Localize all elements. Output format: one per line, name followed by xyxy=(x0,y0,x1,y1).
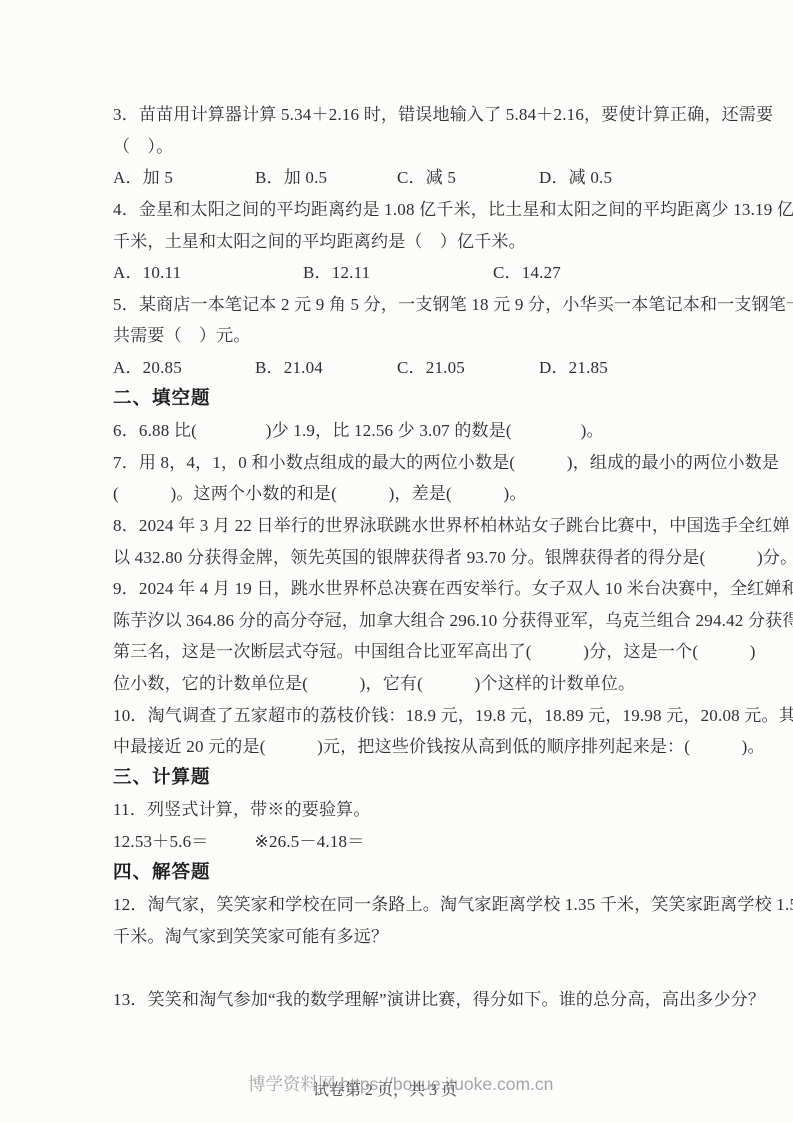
question-text-line: （ ）。 xyxy=(113,129,688,161)
equation-item: ※26.5－4.18＝ xyxy=(255,827,365,852)
exam-page: 3．苗苗用计算器计算 5.34＋2.16 时，错误地输入了 5.84＋2.16，… xyxy=(0,0,793,1122)
question-text-line: 11．列竖式计算，带※的要验算。 xyxy=(113,792,688,824)
blank-line xyxy=(113,950,688,982)
equation-item: 12.53＋5.6＝ xyxy=(113,827,209,852)
answer-option: C．21.05 xyxy=(397,353,539,378)
answer-option: C．减 5 xyxy=(397,163,539,188)
answer-option: A．10.11 xyxy=(113,258,303,283)
question-text-line: ( )。这两个小数的和是( )，差是( )。 xyxy=(113,476,688,508)
question-text-line: 千米，土星和太阳之间的平均距离约是（ ）亿千米。 xyxy=(113,223,688,255)
question-text-line: 10．淘气调查了五家超市的荔枝价钱：18.9 元，19.8 元，18.89 元，… xyxy=(113,697,688,729)
answer-option: B．加 0.5 xyxy=(255,163,397,188)
question-text-line: 5．某商店一本笔记本 2 元 9 角 5 分，一支钢笔 18 元 9 分，小华买… xyxy=(113,287,688,319)
answer-options-row: A．10.11B．12.11C．14.27 xyxy=(113,255,688,287)
document-content: 3．苗苗用计算器计算 5.34＋2.16 时，错误地输入了 5.84＋2.16，… xyxy=(113,97,688,1013)
question-text-line: 6．6.88 比( )少 1.9，比 12.56 少 3.07 的数是( )。 xyxy=(113,413,688,445)
question-text-line: 7．用 8，4，1，0 和小数点组成的最大的两位小数是( )，组成的最小的两位小… xyxy=(113,445,688,477)
question-text-line: 4．金星和太阳之间的平均距离约是 1.08 亿千米，比土星和太阳之间的平均距离少… xyxy=(113,192,688,224)
question-text-line: 8．2024 年 3 月 22 日举行的世界泳联跳水世界杯柏林站女子跳台比赛中，… xyxy=(113,508,688,540)
answer-option: B．21.04 xyxy=(255,353,397,378)
answer-option: D．21.85 xyxy=(539,353,681,378)
question-text-line: 位小数，它的计数单位是( )，它有( )个这样的计数单位。 xyxy=(113,666,688,698)
section-heading: 二、填空题 xyxy=(113,381,688,413)
page-number-footer: 试卷第 2 页，共 3 页 xyxy=(313,1077,457,1100)
answer-options-row: A．20.85B．21.04C．21.05D．21.85 xyxy=(113,350,688,382)
section-heading: 三、计算题 xyxy=(113,760,688,792)
question-text-line: 中最接近 20 元的是( )元，把这些价钱按从高到低的顺序排列起来是：( )。 xyxy=(113,729,688,761)
answer-option: A．加 5 xyxy=(113,163,255,188)
question-text-line: 第三名，这是一次断层式夺冠。中国组合比亚军高出了( )分，这是一个( ) xyxy=(113,634,688,666)
answer-option: B．12.11 xyxy=(303,258,493,283)
equations-row: 12.53＋5.6＝※26.5－4.18＝ xyxy=(113,824,688,856)
question-text-line: 13．笑笑和淘气参加“我的数学理解”演讲比赛，得分如下。谁的总分高，高出多少分？ xyxy=(113,982,688,1014)
question-text-line: 以 432.80 分获得金牌，领先英国的银牌获得者 93.70 分。银牌获得者的… xyxy=(113,539,688,571)
question-text-line: 9．2024 年 4 月 19 日，跳水世界杯总决赛在西安举行。女子双人 10 … xyxy=(113,571,688,603)
answer-option: C．14.27 xyxy=(493,258,683,283)
question-text-line: 陈芋汐以 364.86 分的高分夺冠，加拿大组合 296.10 分获得亚军，乌克… xyxy=(113,603,688,635)
answer-option: D．减 0.5 xyxy=(539,163,681,188)
question-text-line: 千米。淘气家到笑笑家可能有多远？ xyxy=(113,918,688,950)
question-text-line: 3．苗苗用计算器计算 5.34＋2.16 时，错误地输入了 5.84＋2.16，… xyxy=(113,97,688,129)
question-text-line: 共需要（ ）元。 xyxy=(113,318,688,350)
question-text-line: 12．淘气家，笑笑家和学校在同一条路上。淘气家距离学校 1.35 千米，笑笑家距… xyxy=(113,887,688,919)
answer-option: A．20.85 xyxy=(113,353,255,378)
answer-options-row: A．加 5B．加 0.5C．减 5D．减 0.5 xyxy=(113,160,688,192)
section-heading: 四、解答题 xyxy=(113,855,688,887)
